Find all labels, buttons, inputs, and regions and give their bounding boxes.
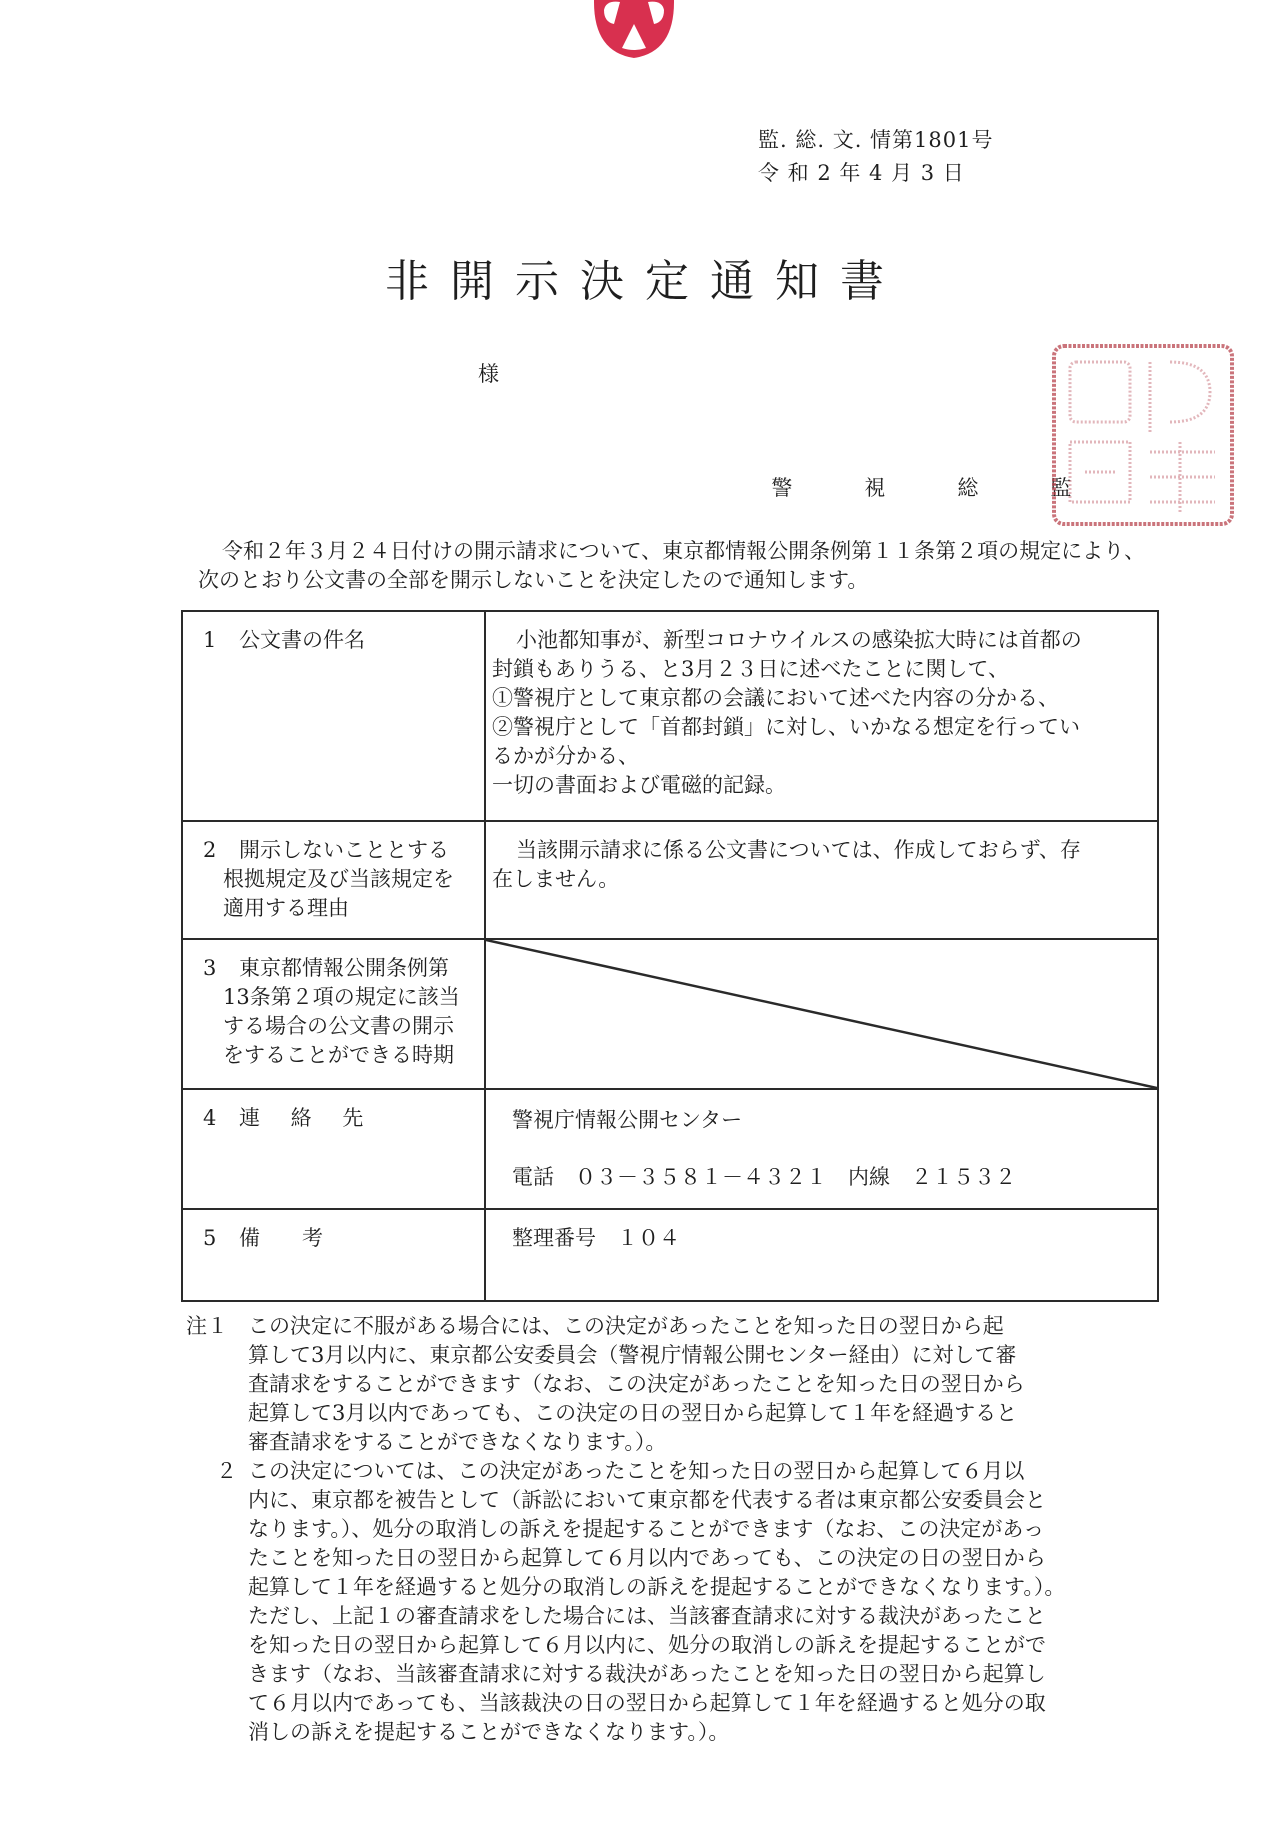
note-body: この決定に不服がある場合には、この決定があったことを知った日の翌日から起 算して… — [248, 1312, 1166, 1457]
contact-office: 警視庁情報公開センター — [512, 1106, 1153, 1135]
note-item: ２ この決定については、この決定があったことを知った日の翌日から起算して６月以 … — [186, 1457, 1166, 1747]
table-row-remarks: 5備 考 整理番号 １０４ — [182, 1209, 1158, 1301]
note-body: この決定については、この決定があったことを知った日の翌日から起算して６月以 内に… — [248, 1457, 1166, 1747]
diagonal-strike-line — [486, 940, 1157, 1088]
notes-section: 注１ この決定に不服がある場合には、この決定があったことを知った日の翌日から起 … — [186, 1312, 1166, 1747]
decision-table: 1公文書の件名 小池都知事が、新型コロナウイルスの感染拡大時には首都の 封鎖もあ… — [181, 610, 1159, 1302]
row-label: 1公文書の件名 — [182, 611, 485, 821]
issuer-char: 視 — [864, 472, 957, 502]
table-row-contact: 4連 絡 先 警視庁情報公開センター 電話 ０３－３５８１－４３２１ 内線 ２１… — [182, 1089, 1158, 1209]
table-row-document-title: 1公文書の件名 小池都知事が、新型コロナウイルスの感染拡大時には首都の 封鎖もあ… — [182, 611, 1158, 821]
row-label: 3東京都情報公開条例第 13条第２項の規定に該当 する場合の公文書の開示 をする… — [182, 939, 485, 1089]
table-row-reason: 2開示しないこととする 根拠規定及び当該規定を 適用する理由 当該開示請求に係る… — [182, 821, 1158, 939]
row-value: 小池都知事が、新型コロナウイルスの感染拡大時には首都の 封鎖もありうる、と3月２… — [485, 611, 1158, 821]
reference-number: 監. 総. 文. 情第1801号 — [758, 124, 994, 157]
row-value: 警視庁情報公開センター 電話 ０３－３５８１－４３２１ 内線 ２１５３２ — [485, 1089, 1158, 1209]
emblem-icon — [590, 0, 678, 60]
row-label: 2開示しないこととする 根拠規定及び当該規定を 適用する理由 — [182, 821, 485, 939]
reference-block: 監. 総. 文. 情第1801号 令 和 2 年 4 月 3 日 — [758, 124, 994, 190]
contact-phone: 電話 ０３－３５８１－４３２１ 内線 ２１５３２ — [512, 1163, 1153, 1192]
official-seal-icon — [1050, 342, 1236, 528]
struck-through-cell — [485, 939, 1158, 1089]
table-row-disclosure-timing: 3東京都情報公開条例第 13条第２項の規定に該当 する場合の公文書の開示 をする… — [182, 939, 1158, 1089]
row-label: 5備 考 — [182, 1209, 485, 1301]
row-value: 整理番号 １０４ — [485, 1209, 1158, 1301]
row-value: 当該開示請求に係る公文書については、作成しておらず、存 在しません。 — [485, 821, 1158, 939]
reference-serial: 整理番号 １０４ — [512, 1224, 1153, 1253]
page-title: 非開示決定通知書 — [385, 245, 905, 309]
issuer-char: 総 — [957, 472, 1050, 502]
issuer-char: 警 — [771, 472, 864, 502]
recipient-suffix: 様 — [478, 358, 499, 388]
row-label: 4連 絡 先 — [182, 1089, 485, 1209]
intro-paragraph: 令和２年３月２４日付けの開示請求について、東京都情報公開条例第１１条第２項の規定… — [198, 537, 1158, 595]
issue-date: 令 和 2 年 4 月 3 日 — [758, 157, 994, 190]
note-item: 注１ この決定に不服がある場合には、この決定があったことを知った日の翌日から起 … — [186, 1312, 1166, 1457]
intro-text: 令和２年３月２４日付けの開示請求について、東京都情報公開条例第１１条第２項の規定… — [198, 537, 1158, 595]
